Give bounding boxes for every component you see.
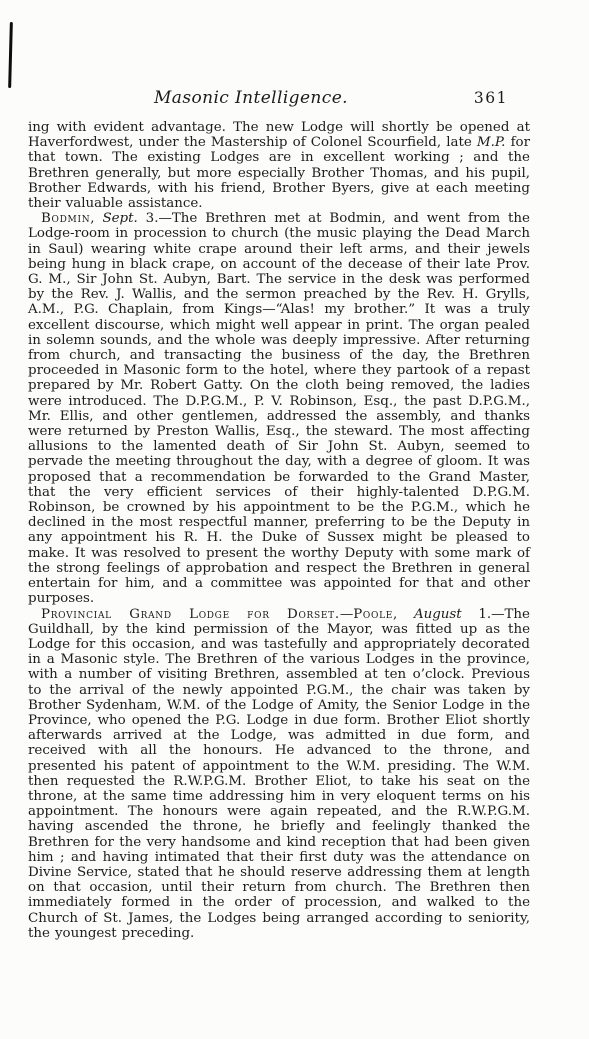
dateline-place-bodmin: Bodmin <box>41 211 90 226</box>
scanned-document-page: Masonic Intelligence. 361 ing with evide… <box>0 0 589 1039</box>
paragraph-text-run: , <box>90 211 102 226</box>
paragraph-text-run: ing with evident advantage. The new Lodg… <box>28 120 530 150</box>
dateline-month-italic: August <box>414 607 462 622</box>
paragraph-text-run: 1.—The Guildhall, by the kind permission… <box>28 607 530 941</box>
italic-abbreviation-mp: M.P. <box>477 135 506 150</box>
page-header: Masonic Intelligence. 361 <box>28 88 530 112</box>
section-heading-dorset: Provincial Grand Lodge for Dorset. <box>41 607 340 622</box>
dateline-place-poole: Poole <box>353 607 393 622</box>
page-number: 361 <box>474 89 508 107</box>
paragraph-text-run: , <box>393 607 414 622</box>
paragraph-haverfordwest: ing with evident advantage. The new Lodg… <box>28 120 530 211</box>
paragraph-dorset-poole: Provincial Grand Lodge for Dorset.—Poole… <box>28 607 530 941</box>
article-body: ing with evident advantage. The new Lodg… <box>28 120 530 941</box>
scan-artifact-line <box>8 22 13 88</box>
paragraph-text-run: — <box>340 607 353 622</box>
dateline-month-italic: Sept. <box>102 211 137 226</box>
running-title: Masonic Intelligence. <box>154 88 348 108</box>
paragraph-bodmin: Bodmin, Sept. 3.—The Brethren met at Bod… <box>28 211 530 606</box>
paragraph-text-run: 3.—The Brethren met at Bodmin, and went … <box>28 211 530 606</box>
